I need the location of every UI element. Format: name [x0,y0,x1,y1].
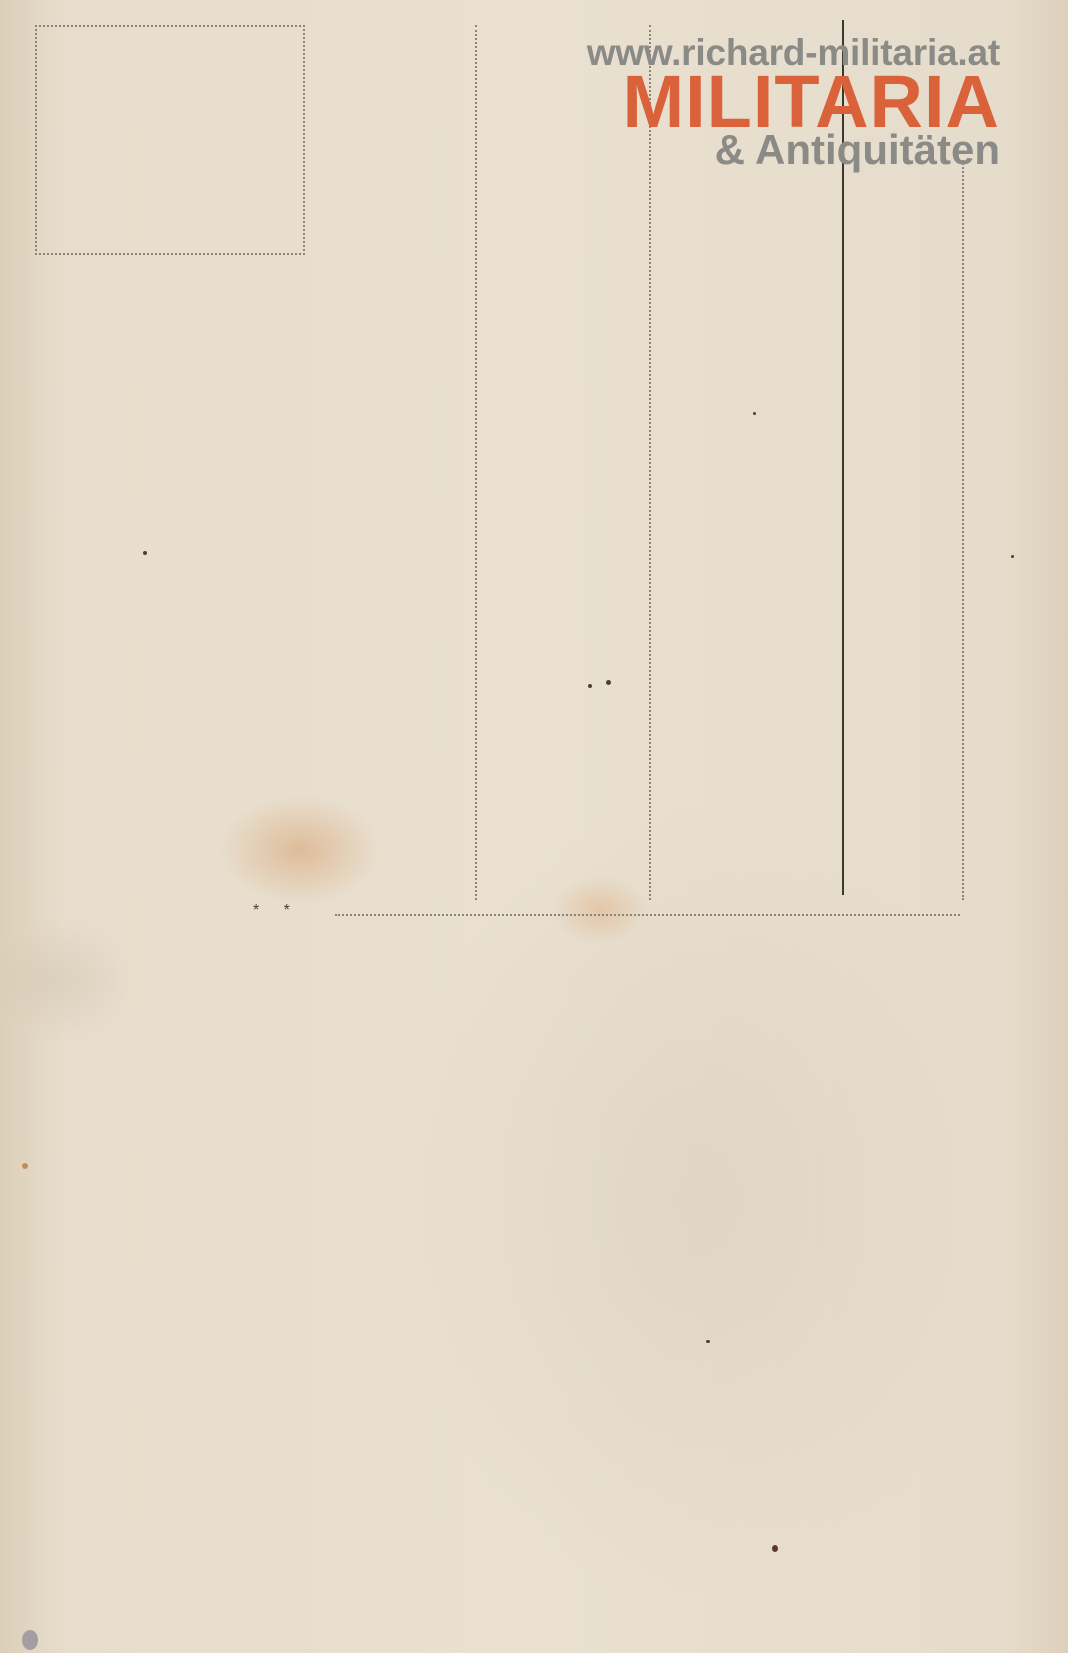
address-line-vertical-1 [475,25,477,900]
stamp-box [35,25,305,255]
ink-mark [22,1630,38,1650]
speck [588,684,592,688]
watermark-logo: www.richard-militaria.at MILITARIA & Ant… [587,34,1000,171]
speck [753,412,756,415]
speck [706,1340,710,1343]
speck [22,1163,28,1169]
address-line-horizontal [335,914,960,916]
speck [606,680,611,685]
speck [1011,555,1014,558]
star-marks: * * [253,902,300,920]
speck [772,1545,778,1552]
speck [143,551,147,555]
address-line-vertical-3 [962,160,964,900]
